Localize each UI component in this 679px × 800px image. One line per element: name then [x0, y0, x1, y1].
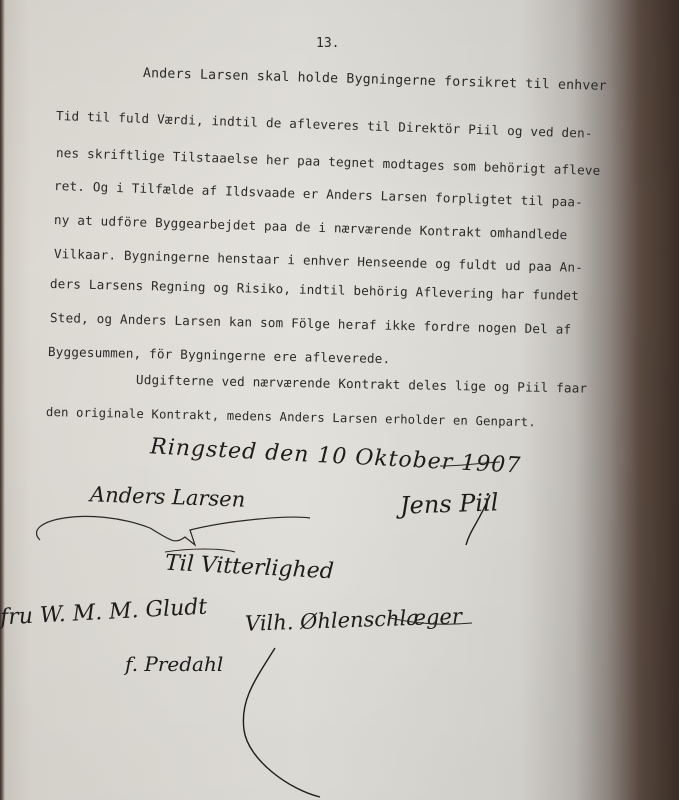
signature-flourishes — [0, 0, 679, 800]
document-page: 13. Anders Larsen skal holde Bygningerne… — [0, 0, 679, 800]
